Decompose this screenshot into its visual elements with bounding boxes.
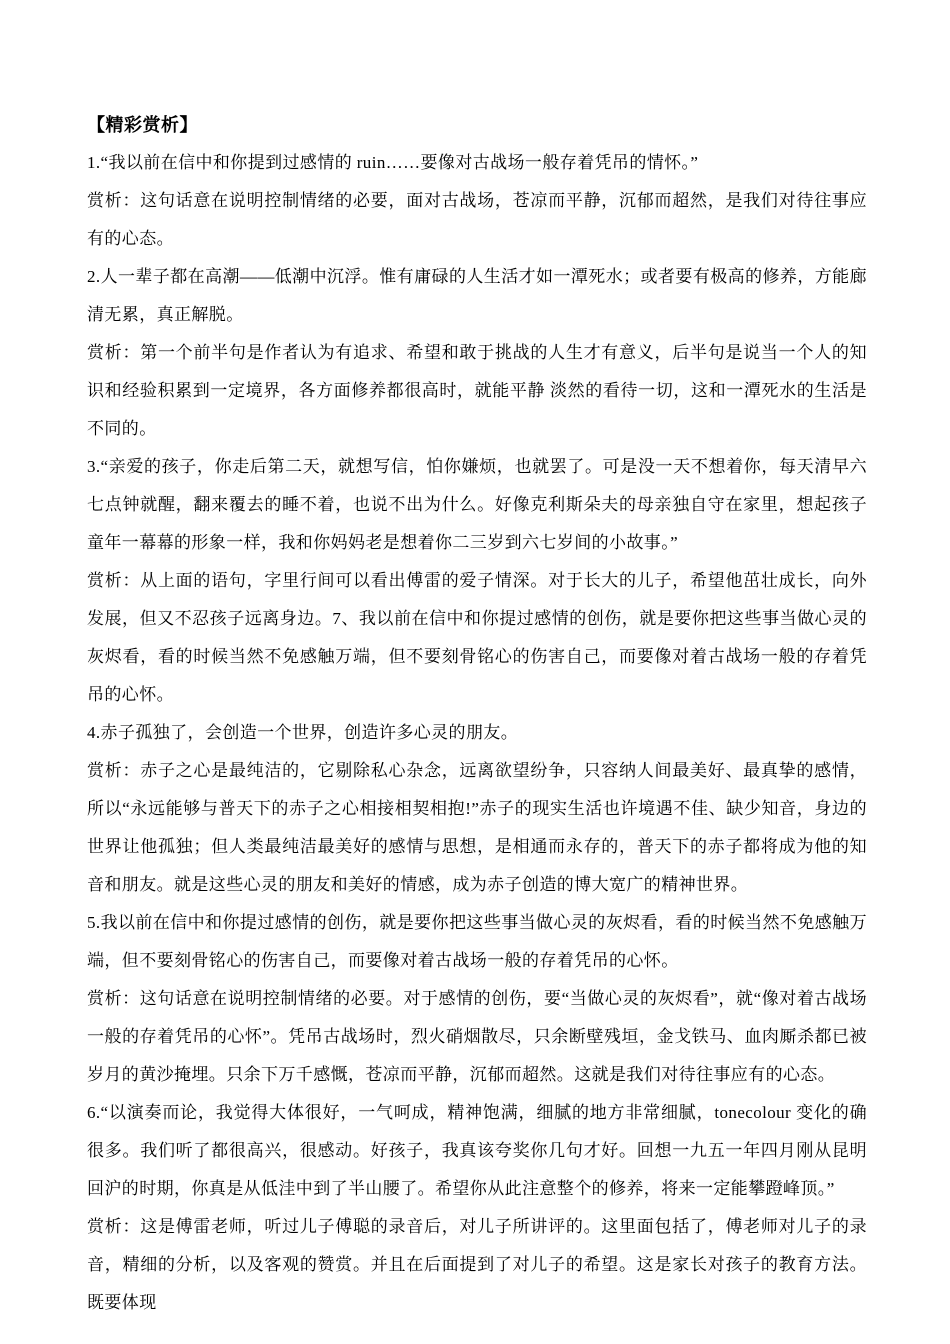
quote-paragraph-1: 1.“我以前在信中和你提到过感情的 ruin……要像对古战场一般存着凭吊的情怀。…: [87, 144, 867, 182]
quote-paragraph-3: 3.“亲爱的孩子，你走后第二天，就想写信，怕你嫌烦，也就罢了。可是没一天不想着你…: [87, 448, 867, 562]
analysis-paragraph-6: 赏析：这是傅雷老师，听过儿子傅聪的录音后，对儿子所讲评的。这里面包括了，傅老师对…: [87, 1208, 867, 1322]
document-content: 【精彩赏析】 1.“我以前在信中和你提到过感情的 ruin……要像对古战场一般存…: [87, 106, 867, 1322]
quote-paragraph-5: 5.我以前在信中和你提过感情的创伤，就是要你把这些事当做心灵的灰烬看，看的时候当…: [87, 904, 867, 980]
document-page: 【精彩赏析】 1.“我以前在信中和你提到过感情的 ruin……要像对古战场一般存…: [0, 0, 950, 1344]
quote-paragraph-2: 2.人一辈子都在高潮——低潮中沉浮。惟有庸碌的人生活才如一潭死水；或者要有极高的…: [87, 258, 867, 334]
quote-paragraph-4: 4.赤子孤独了，会创造一个世界，创造许多心灵的朋友。: [87, 714, 867, 752]
analysis-paragraph-5: 赏析：这句话意在说明控制情绪的必要。对于感情的创伤，要“当做心灵的灰烬看”，就“…: [87, 980, 867, 1094]
analysis-paragraph-1: 赏析：这句话意在说明控制情绪的必要，面对古战场，苍凉而平静，沉郁而超然，是我们对…: [87, 182, 867, 258]
quote-paragraph-6: 6.“以演奏而论，我觉得大体很好，一气呵成，精神饱满，细腻的地方非常细腻，ton…: [87, 1094, 867, 1208]
analysis-paragraph-3: 赏析：从上面的语句，字里行间可以看出傅雷的爱子情深。对于长大的儿子，希望他茁壮成…: [87, 562, 867, 714]
document-title: 【精彩赏析】: [87, 106, 867, 144]
analysis-paragraph-4: 赏析：赤子之心是最纯洁的，它剔除私心杂念，远离欲望纷争，只容纳人间最美好、最真挚…: [87, 752, 867, 904]
analysis-paragraph-2: 赏析：第一个前半句是作者认为有追求、希望和敢于挑战的人生才有意义，后半句是说当一…: [87, 334, 867, 448]
